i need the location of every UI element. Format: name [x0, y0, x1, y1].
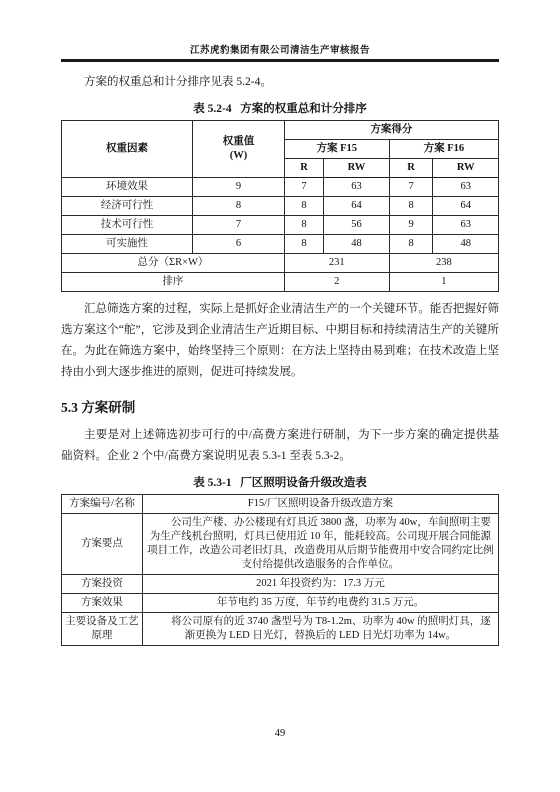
cell-rank-f16: 1 — [389, 273, 498, 292]
cell-w: 6 — [193, 235, 285, 254]
cell-f16-r: 8 — [389, 197, 433, 216]
cell-w: 9 — [193, 178, 285, 197]
table-row: 方案要点 公司生产楼、办公楼现有灯具近 3800 盏，功率为 40w，车间照明主… — [62, 514, 499, 575]
cell-total-f15: 231 — [284, 254, 389, 273]
cell-f15-r: 7 — [284, 178, 323, 197]
cell-f15-rw: 56 — [324, 216, 390, 235]
cell-f16-rw: 63 — [433, 216, 499, 235]
cell-label: 方案编号/名称 — [62, 495, 143, 514]
weight-score-table: 权重因素 权重值 (W) 方案得分 方案 F15 方案 F16 R RW R R… — [61, 120, 499, 292]
section-paragraph: 主要是对上述筛选初步可行的中/高费方案进行研制，为下一步方案的确定提供基础资料。… — [61, 425, 499, 467]
cell-label: 方案投资 — [62, 575, 143, 594]
col-header-f16: 方案 F16 — [389, 140, 498, 159]
weight-value-line1: 权重值 — [223, 136, 255, 147]
cell-rank-f15: 2 — [284, 273, 389, 292]
page-number: 49 — [0, 728, 560, 739]
cell-f16-r: 9 — [389, 216, 433, 235]
header-divider — [61, 59, 499, 62]
cell-factor: 可实施性 — [62, 235, 193, 254]
table-row: 方案投资 2021 年投资约为：17.3 万元 — [62, 575, 499, 594]
cell-f15-r: 8 — [284, 216, 323, 235]
table-row: 经济可行性 8 8 64 8 64 — [62, 197, 499, 216]
cell-value: 年节电约 35 万度，年节约电费约 31.5 万元。 — [142, 594, 498, 613]
cell-value: 将公司原有的近 3740 盏型号为 T8-1.2m、功率为 40w 的照明灯具，… — [142, 613, 498, 646]
cell-f15-rw: 63 — [324, 178, 390, 197]
cell-factor: 经济可行性 — [62, 197, 193, 216]
col-header-r-f15: R — [284, 159, 323, 178]
table-row: 方案效果 年节电约 35 万度，年节约电费约 31.5 万元。 — [62, 594, 499, 613]
weight-value-line2: (W) — [230, 150, 248, 161]
cell-f16-rw: 64 — [433, 197, 499, 216]
cell-f15-r: 8 — [284, 197, 323, 216]
table-row-total: 总分（ΣR×W） 231 238 — [62, 254, 499, 273]
page-header: 江苏虎豹集团有限公司清洁生产审核报告 — [61, 0, 499, 56]
intro-paragraph: 方案的权重总和计分排序见表 5.2-4。 — [61, 72, 499, 93]
table-row: 技术可行性 7 8 56 9 63 — [62, 216, 499, 235]
cell-label: 方案要点 — [62, 514, 143, 575]
cell-f16-rw: 63 — [433, 178, 499, 197]
cell-f15-rw: 64 — [324, 197, 390, 216]
table-row: 可实施性 6 8 48 8 48 — [62, 235, 499, 254]
cell-f15-r: 8 — [284, 235, 323, 254]
cell-f15-rw: 48 — [324, 235, 390, 254]
cell-factor: 技术可行性 — [62, 216, 193, 235]
equipment-principle-text: 将公司原有的近 3740 盏型号为 T8-1.2m、功率为 40w 的照明灯具，… — [146, 615, 495, 643]
table-row: 主要设备及工艺原理 将公司原有的近 3740 盏型号为 T8-1.2m、功率为 … — [62, 613, 499, 646]
cell-w: 7 — [193, 216, 285, 235]
cell-value: 公司生产楼、办公楼现有灯具近 3800 盏，功率为 40w，车间照明主要为生产线… — [142, 514, 498, 575]
cell-f16-rw: 48 — [433, 235, 499, 254]
table2-caption: 表 5.3-1 厂区照明设备升级改造表 — [61, 474, 499, 490]
document-page: 江苏虎豹集团有限公司清洁生产审核报告 方案的权重总和计分排序见表 5.2-4。 … — [0, 0, 560, 792]
table-row: 权重因素 权重值 (W) 方案得分 — [62, 121, 499, 140]
section-heading: 5.3 方案研制 — [61, 396, 499, 416]
report-title: 江苏虎豹集团有限公司清洁生产审核报告 — [190, 46, 370, 56]
summary-paragraph: 汇总筛选方案的过程，实际上是抓好企业清洁生产的一个关键环节。能否把握好筛选方案这… — [61, 299, 499, 383]
cell-total-f16: 238 — [389, 254, 498, 273]
col-header-r-f16: R — [389, 159, 433, 178]
cell-label: 主要设备及工艺原理 — [62, 613, 143, 646]
table-row: 方案编号/名称 F15/厂区照明设备升级改造方案 — [62, 495, 499, 514]
cell-factor: 环境效果 — [62, 178, 193, 197]
col-header-f15: 方案 F15 — [284, 140, 389, 159]
table1-caption: 表 5.2-4 方案的权重总和计分排序 — [61, 100, 499, 116]
cell-f16-r: 8 — [389, 235, 433, 254]
cell-total-label: 总分（ΣR×W） — [62, 254, 285, 273]
cell-value: 2021 年投资约为：17.3 万元 — [142, 575, 498, 594]
table-row-rank: 排序 2 1 — [62, 273, 499, 292]
cell-rank-label: 排序 — [62, 273, 285, 292]
table-row: 环境效果 9 7 63 7 63 — [62, 178, 499, 197]
scheme-points-text: 公司生产楼、办公楼现有灯具近 3800 盏，功率为 40w，车间照明主要为生产线… — [146, 516, 495, 572]
cell-label: 方案效果 — [62, 594, 143, 613]
col-header-rw-f16: RW — [433, 159, 499, 178]
cell-w: 8 — [193, 197, 285, 216]
col-header-weight-factor: 权重因素 — [62, 121, 193, 178]
col-header-rw-f15: RW — [324, 159, 390, 178]
lighting-upgrade-table: 方案编号/名称 F15/厂区照明设备升级改造方案 方案要点 公司生产楼、办公楼现… — [61, 494, 499, 646]
col-header-score-group: 方案得分 — [284, 121, 498, 140]
page-content: 江苏虎豹集团有限公司清洁生产审核报告 方案的权重总和计分排序见表 5.2-4。 … — [61, 0, 499, 646]
cell-value: F15/厂区照明设备升级改造方案 — [142, 495, 498, 514]
col-header-weight-value: 权重值 (W) — [193, 121, 285, 178]
cell-f16-r: 7 — [389, 178, 433, 197]
